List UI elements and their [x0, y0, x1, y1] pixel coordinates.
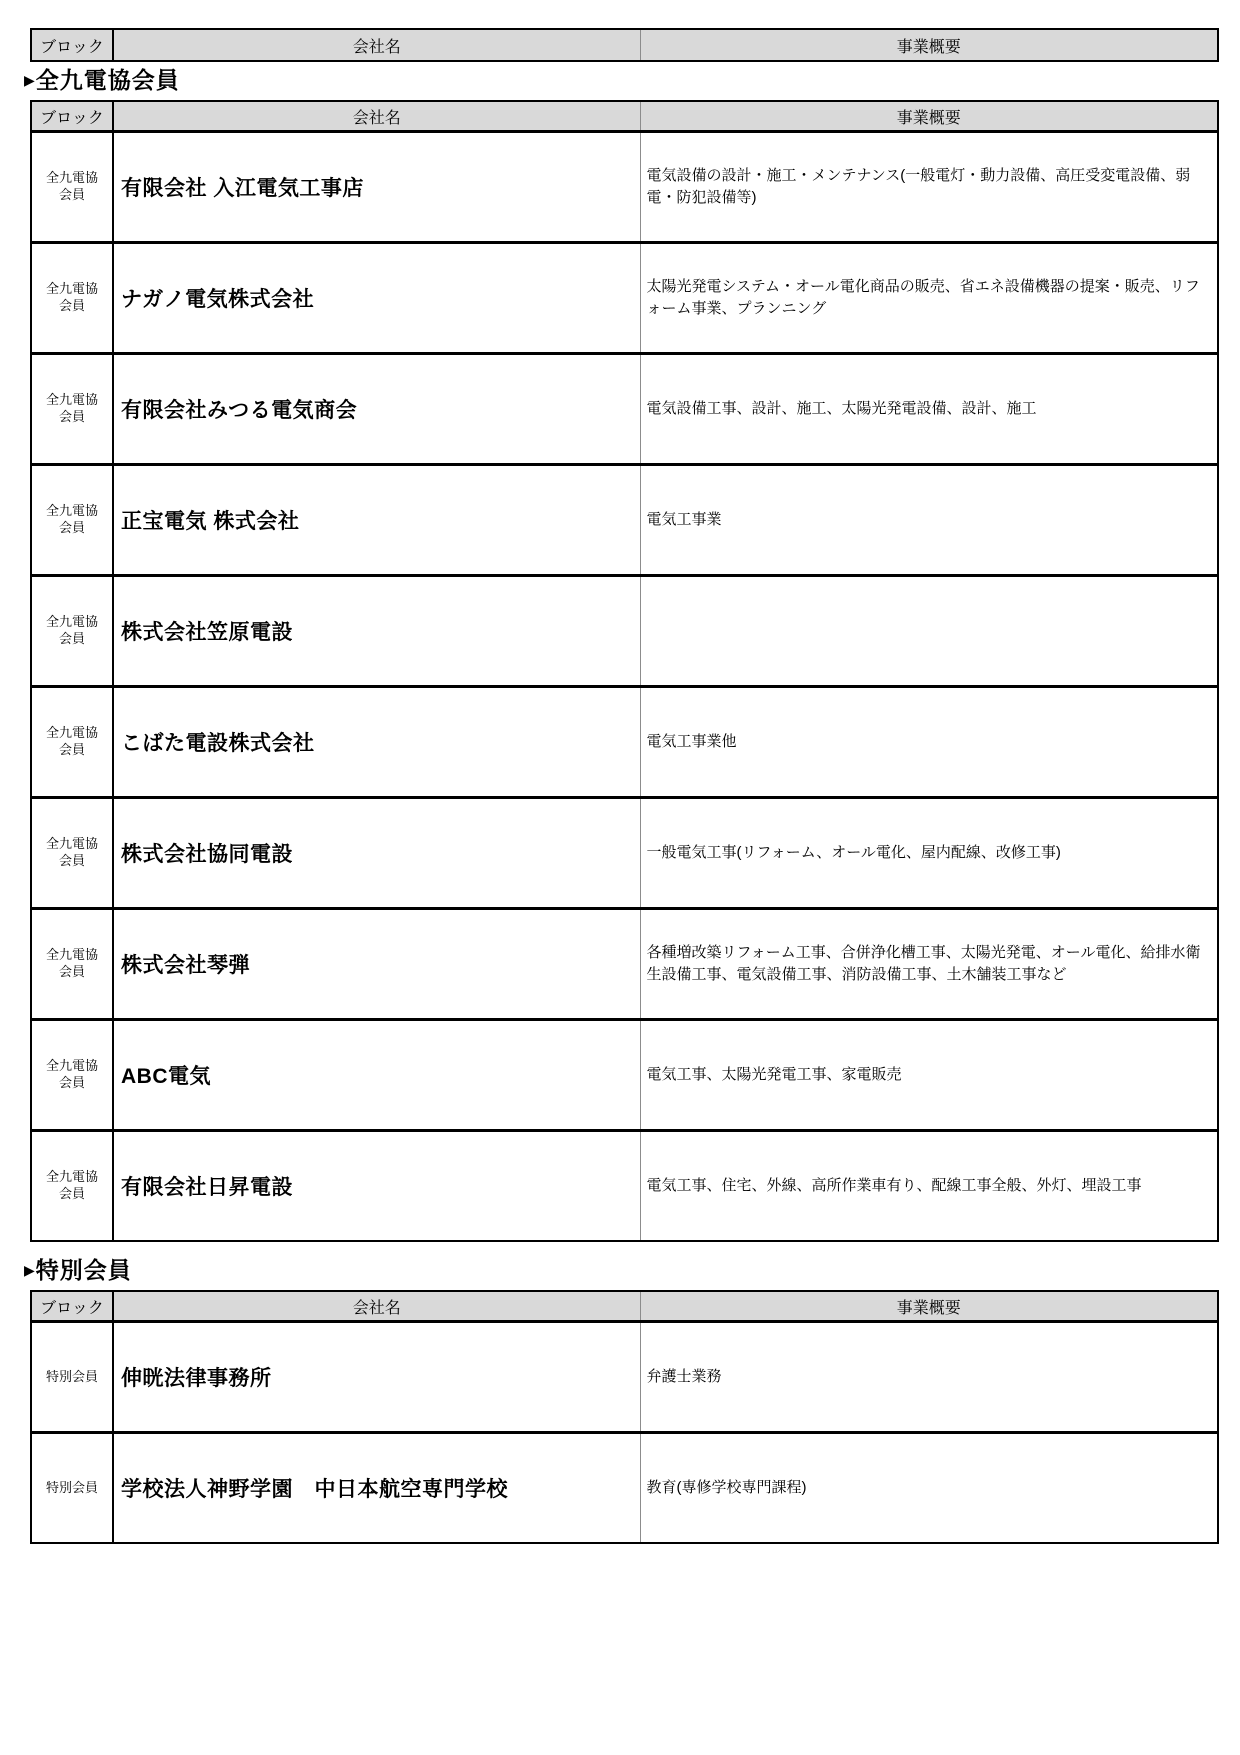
table-row: 全九電協会員 有限会社みつる電気商会 電気設備工事、設計、施工、太陽光発電設備、…	[31, 354, 1218, 465]
block-cell: 全九電協会員	[31, 576, 113, 687]
triangle-marker-icon: ▶	[24, 67, 35, 93]
company-cell: 伸晄法律事務所	[113, 1322, 640, 1433]
zenkyu-members-table: ブロック 会社名 事業概要 全九電協会員 有限会社 入江電気工事店 電気設備の設…	[30, 100, 1219, 1242]
company-cell: 有限会社みつる電気商会	[113, 354, 640, 465]
table-row: 全九電協会員 有限会社 入江電気工事店 電気設備の設計・施工・メンテナンス(一般…	[31, 132, 1218, 243]
business-cell: 電気工事、住宅、外線、高所作業車有り、配線工事全般、外灯、埋設工事	[640, 1131, 1218, 1242]
table-header-row: ブロック 会社名 事業概要	[31, 1291, 1218, 1322]
column-header-block: ブロック	[31, 29, 113, 61]
section-title-label: 全九電協会員	[36, 67, 180, 93]
block-cell: 全九電協会員	[31, 132, 113, 243]
company-cell: こばた電設株式会社	[113, 687, 640, 798]
table-row: 全九電協会員 株式会社協同電設 一般電気工事(リフォーム、オール電化、屋内配線、…	[31, 798, 1218, 909]
company-cell: ナガノ電気株式会社	[113, 243, 640, 354]
business-cell: 電気工事業	[640, 465, 1218, 576]
block-cell: 全九電協会員	[31, 909, 113, 1020]
table-header-row: ブロック 会社名 事業概要	[31, 29, 1218, 61]
table-row: 全九電協会員 株式会社琴弾 各種増改築リフォーム工事、合併浄化槽工事、太陽光発電…	[31, 909, 1218, 1020]
business-cell	[640, 576, 1218, 687]
table-row: 全九電協会員 株式会社笠原電設	[31, 576, 1218, 687]
block-cell: 全九電協会員	[31, 465, 113, 576]
block-cell: 特別会員	[31, 1322, 113, 1433]
triangle-marker-icon: ▶	[24, 1257, 35, 1283]
business-cell: 電気設備の設計・施工・メンテナンス(一般電灯・動力設備、高圧受変電設備、弱電・防…	[640, 132, 1218, 243]
column-header-business: 事業概要	[640, 101, 1218, 132]
column-header-block: ブロック	[31, 101, 113, 132]
business-cell: 教育(専修学校専門課程)	[640, 1433, 1218, 1544]
block-cell: 全九電協会員	[31, 1131, 113, 1242]
table-row: 全九電協会員 ナガノ電気株式会社 太陽光発電システム・オール電化商品の販売、省エ…	[31, 243, 1218, 354]
block-cell: 全九電協会員	[31, 243, 113, 354]
column-header-business: 事業概要	[640, 1291, 1218, 1322]
business-cell: 一般電気工事(リフォーム、オール電化、屋内配線、改修工事)	[640, 798, 1218, 909]
company-cell: 株式会社琴弾	[113, 909, 640, 1020]
document-page: ブロック 会社名 事業概要 ▶全九電協会員 ブロック 会社名 事業概要 全九電協…	[0, 0, 1240, 1544]
section-title-label: 特別会員	[36, 1257, 132, 1283]
table-header-row: ブロック 会社名 事業概要	[31, 101, 1218, 132]
column-header-company: 会社名	[113, 101, 640, 132]
business-cell: 太陽光発電システム・オール電化商品の販売、省エネ設備機器の提案・販売、リフォーム…	[640, 243, 1218, 354]
section-title-zenkyu-members: ▶全九電協会員	[24, 67, 1240, 93]
column-header-block: ブロック	[31, 1291, 113, 1322]
business-cell: 電気工事、太陽光発電工事、家電販売	[640, 1020, 1218, 1131]
business-cell: 弁護士業務	[640, 1322, 1218, 1433]
section-title-special-members: ▶特別会員	[24, 1257, 1240, 1283]
company-cell: 株式会社笠原電設	[113, 576, 640, 687]
business-cell: 各種増改築リフォーム工事、合併浄化槽工事、太陽光発電、オール電化、給排水衛生設備…	[640, 909, 1218, 1020]
company-cell: 株式会社協同電設	[113, 798, 640, 909]
block-cell: 全九電協会員	[31, 354, 113, 465]
block-cell: 全九電協会員	[31, 687, 113, 798]
top-header-table: ブロック 会社名 事業概要	[30, 28, 1219, 62]
column-header-business: 事業概要	[640, 29, 1218, 61]
table-row: 全九電協会員 ABC電気 電気工事、太陽光発電工事、家電販売	[31, 1020, 1218, 1131]
company-cell: 有限会社 入江電気工事店	[113, 132, 640, 243]
block-cell: 全九電協会員	[31, 1020, 113, 1131]
table-row: 全九電協会員 正宝電気 株式会社 電気工事業	[31, 465, 1218, 576]
special-members-table: ブロック 会社名 事業概要 特別会員 伸晄法律事務所 弁護士業務 特別会員 学校…	[30, 1290, 1219, 1544]
company-cell: 有限会社日昇電設	[113, 1131, 640, 1242]
column-header-company: 会社名	[113, 1291, 640, 1322]
company-cell: 学校法人神野学園 中日本航空専門学校	[113, 1433, 640, 1544]
company-cell: 正宝電気 株式会社	[113, 465, 640, 576]
block-cell: 特別会員	[31, 1433, 113, 1544]
business-cell: 電気工事業他	[640, 687, 1218, 798]
business-cell: 電気設備工事、設計、施工、太陽光発電設備、設計、施工	[640, 354, 1218, 465]
column-header-company: 会社名	[113, 29, 640, 61]
block-cell: 全九電協会員	[31, 798, 113, 909]
table-row: 全九電協会員 こばた電設株式会社 電気工事業他	[31, 687, 1218, 798]
table-row: 特別会員 伸晄法律事務所 弁護士業務	[31, 1322, 1218, 1433]
table-row: 特別会員 学校法人神野学園 中日本航空専門学校 教育(専修学校専門課程)	[31, 1433, 1218, 1544]
table-row: 全九電協会員 有限会社日昇電設 電気工事、住宅、外線、高所作業車有り、配線工事全…	[31, 1131, 1218, 1242]
company-cell: ABC電気	[113, 1020, 640, 1131]
